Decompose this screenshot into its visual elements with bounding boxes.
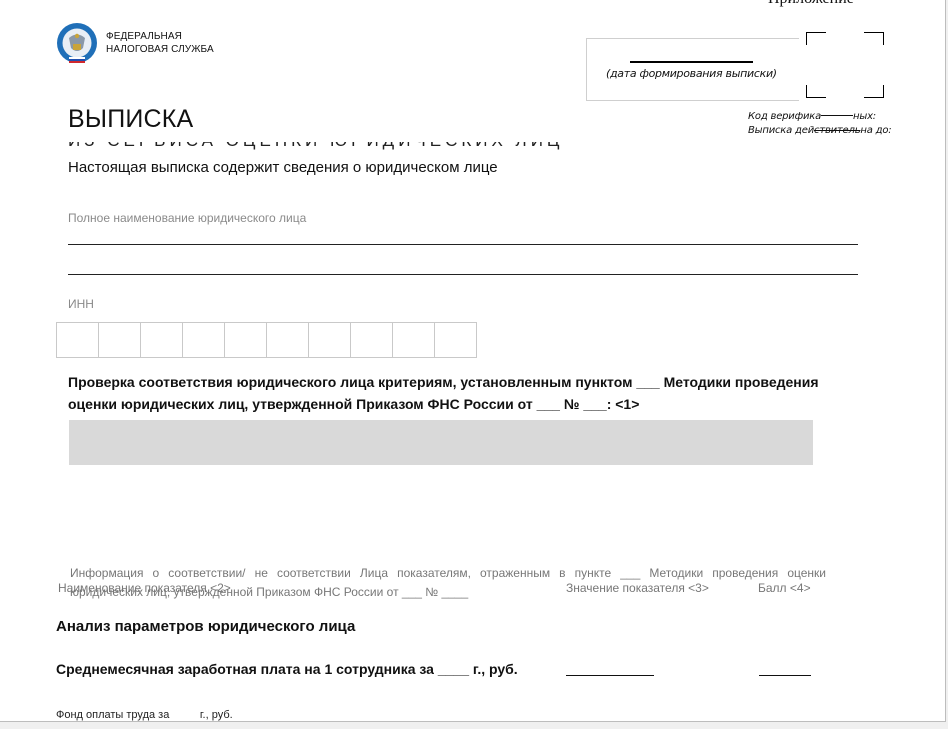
date-line bbox=[630, 61, 753, 63]
org-name-line2: НАЛОГОВАЯ СЛУЖБА bbox=[106, 43, 214, 56]
inn-digit-cell[interactable] bbox=[225, 323, 267, 357]
full-name-label: Полное наименование юридического лица bbox=[68, 211, 306, 225]
date-caption: (дата формирования выписки) bbox=[606, 67, 777, 80]
appendix-label: Приложение bbox=[768, 0, 854, 8]
criteria-result-block bbox=[69, 420, 813, 465]
analysis-title: Анализ параметров юридического лица bbox=[56, 618, 355, 635]
inn-digit-cell[interactable] bbox=[351, 323, 393, 357]
inn-digit-cell[interactable] bbox=[183, 323, 225, 357]
inn-label: ИНН bbox=[68, 297, 94, 311]
salary-value-field[interactable] bbox=[566, 675, 654, 676]
document-page: ФЕДЕРАЛЬНАЯ НАЛОГОВАЯ СЛУЖБА Приложение … bbox=[0, 0, 946, 722]
full-name-field-line2[interactable] bbox=[68, 274, 858, 275]
corner-mark bbox=[864, 32, 884, 45]
salary-score-field[interactable] bbox=[759, 675, 811, 676]
verification-code-line: Код верификаных: bbox=[748, 110, 891, 124]
document-subtitle: ИЗ СЕРВИСА ОЦЕНКИ ЮРИДИЧЕСКИХ ЛИЦ bbox=[68, 142, 588, 150]
inn-digit-cell[interactable] bbox=[309, 323, 351, 357]
payroll-fund-label: Фонд оплаты труда за г., руб. bbox=[56, 709, 233, 721]
column-header-value: Значение показателя <3> bbox=[566, 581, 709, 595]
intro-text: Настоящая выписка содержит сведения о юр… bbox=[68, 159, 498, 176]
column-header-name: Наименование показателя <2> bbox=[58, 581, 231, 595]
full-name-field-line1[interactable] bbox=[68, 244, 858, 245]
fns-emblem-icon bbox=[56, 22, 98, 64]
inn-digit-cell[interactable] bbox=[393, 323, 435, 357]
inn-digit-cell[interactable] bbox=[141, 323, 183, 357]
column-header-score: Балл <4> bbox=[758, 581, 811, 595]
inn-digit-cell[interactable] bbox=[57, 323, 99, 357]
verification-block: Код верификаных: Выписка действительна д… bbox=[748, 110, 891, 138]
inn-digit-cell[interactable] bbox=[435, 323, 476, 357]
org-name: ФЕДЕРАЛЬНАЯ НАЛОГОВАЯ СЛУЖБА bbox=[106, 30, 214, 56]
org-name-line1: ФЕДЕРАЛЬНАЯ bbox=[106, 30, 214, 43]
corner-mark bbox=[806, 85, 826, 98]
criteria-check-title: Проверка соответствия юридического лица … bbox=[68, 371, 868, 415]
corner-mark bbox=[864, 85, 884, 98]
corner-mark bbox=[806, 32, 826, 45]
valid-until-line: Выписка действительна до: bbox=[748, 124, 891, 138]
salary-row-label: Среднемесячная заработная плата на 1 сот… bbox=[56, 658, 546, 680]
inn-digit-cell[interactable] bbox=[99, 323, 141, 357]
inn-digit-cell[interactable] bbox=[267, 323, 309, 357]
document-title: ВЫПИСКА bbox=[68, 105, 193, 134]
qr-code-frame bbox=[806, 32, 884, 98]
inn-grid bbox=[56, 322, 477, 358]
